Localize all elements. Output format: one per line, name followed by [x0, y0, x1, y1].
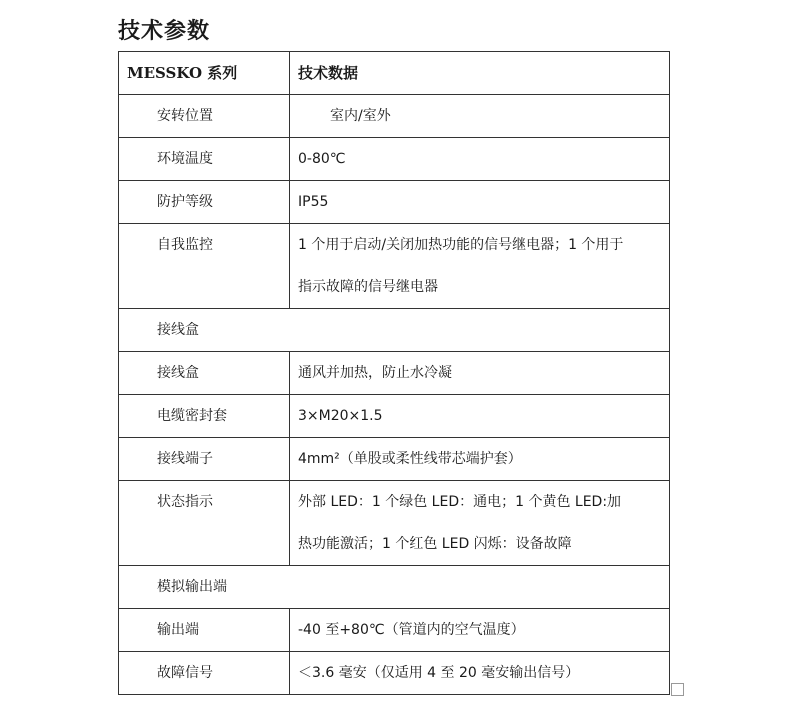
section-row: 模拟输出端 — [119, 566, 670, 609]
row-label: 自我监控 — [119, 224, 290, 309]
table-row: 状态指示 外部 LED：1 个绿色 LED：通电；1 个黄色 LED:加 热功能… — [119, 481, 670, 566]
row-value: ＜3.6 毫安（仅适用 4 至 20 毫安输出信号） — [290, 652, 670, 695]
row-value-line: 外部 LED：1 个绿色 LED：通电；1 个黄色 LED:加 — [298, 481, 661, 523]
table-header-row: MESSKO 系列 技术数据 — [119, 52, 670, 95]
row-label: 接线盒 — [119, 352, 290, 395]
table-row: 接线盒 通风并加热，防止水冷凝 — [119, 352, 670, 395]
tech-spec-table: MESSKO 系列 技术数据 安转位置 室内/室外 环境温度 0-80℃ 防护等… — [118, 51, 670, 695]
row-value: 4mm²（单股或柔性线带芯端护套） — [290, 438, 670, 481]
row-value-line: 热功能激活；1 个红色 LED 闪烁：设备故障 — [298, 523, 661, 565]
table-row: 接线端子 4mm²（单股或柔性线带芯端护套） — [119, 438, 670, 481]
header-series: MESSKO 系列 — [119, 52, 290, 95]
row-value: 通风并加热，防止水冷凝 — [290, 352, 670, 395]
page-title: 技术参数 — [118, 14, 210, 45]
table-row: 输出端 -40 至+80℃（管道内的空气温度） — [119, 609, 670, 652]
table-row: 安转位置 室内/室外 — [119, 95, 670, 138]
row-label: 状态指示 — [119, 481, 290, 566]
section-label: 模拟输出端 — [119, 566, 670, 609]
row-value: 1 个用于启动/关闭加热功能的信号继电器；1 个用于 指示故障的信号继电器 — [290, 224, 670, 309]
row-value-line: 指示故障的信号继电器 — [298, 266, 661, 308]
section-label: 接线盒 — [119, 309, 670, 352]
table-resize-handle[interactable] — [671, 683, 684, 696]
table-row: 故障信号 ＜3.6 毫安（仅适用 4 至 20 毫安输出信号） — [119, 652, 670, 695]
row-label: 接线端子 — [119, 438, 290, 481]
row-value: 3×M20×1.5 — [290, 395, 670, 438]
row-value: -40 至+80℃（管道内的空气温度） — [290, 609, 670, 652]
row-label: 故障信号 — [119, 652, 290, 695]
row-value: IP55 — [290, 181, 670, 224]
row-value: 0-80℃ — [290, 138, 670, 181]
table-row: 自我监控 1 个用于启动/关闭加热功能的信号继电器；1 个用于 指示故障的信号继… — [119, 224, 670, 309]
table-row: 电缆密封套 3×M20×1.5 — [119, 395, 670, 438]
table-row: 环境温度 0-80℃ — [119, 138, 670, 181]
row-label: 输出端 — [119, 609, 290, 652]
header-tech-data: 技术数据 — [290, 52, 670, 95]
row-label: 电缆密封套 — [119, 395, 290, 438]
row-label: 环境温度 — [119, 138, 290, 181]
row-label: 防护等级 — [119, 181, 290, 224]
section-row: 接线盒 — [119, 309, 670, 352]
row-label: 安转位置 — [119, 95, 290, 138]
row-value: 室内/室外 — [290, 95, 670, 138]
row-value: 外部 LED：1 个绿色 LED：通电；1 个黄色 LED:加 热功能激活；1 … — [290, 481, 670, 566]
table-row: 防护等级 IP55 — [119, 181, 670, 224]
row-value-line: 1 个用于启动/关闭加热功能的信号继电器；1 个用于 — [298, 224, 661, 266]
